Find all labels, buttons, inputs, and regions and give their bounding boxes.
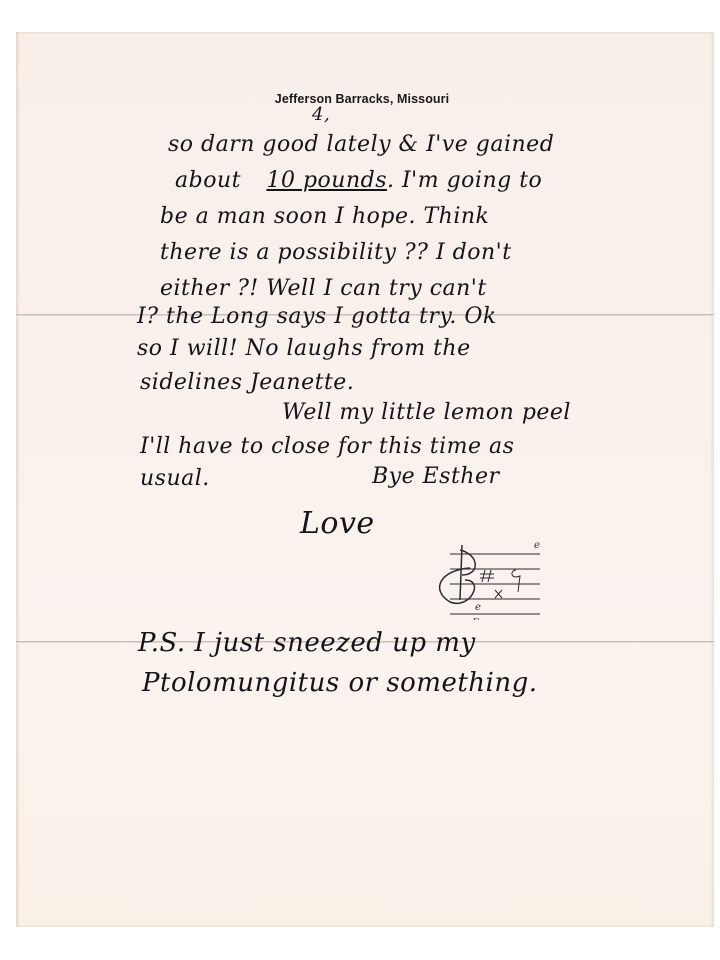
closing-love: Love: [300, 506, 375, 541]
letter-line-6: I? the Long says I gotta try. Ok: [137, 304, 497, 329]
line-2-start: about: [175, 168, 241, 193]
letter-line-1: so darn good lately & I've gained: [168, 132, 554, 157]
line-2-end: . I'm going to: [387, 168, 542, 193]
postscript-line-1: P.S. I just sneezed up my: [138, 628, 476, 658]
letter-page: [16, 32, 714, 927]
postscript-line-2: Ptolomungitus or something.: [142, 668, 538, 698]
letter-line-3: be a man soon I hope. Think: [160, 204, 489, 229]
letter-line-4: there is a possibility ?? I don't: [160, 240, 512, 265]
letter-line-7: so I will! No laughs from the: [137, 336, 471, 361]
svg-text:e: e: [475, 602, 481, 613]
underlined-weight: 10 pounds: [266, 168, 387, 193]
letter-line-11: usual.: [140, 466, 210, 491]
music-staff-doodle-icon: e e F: [430, 540, 550, 620]
svg-text:e: e: [534, 540, 540, 551]
letter-line-9: Well my little lemon peel: [282, 400, 571, 425]
letter-line-2: about 10 pounds. I'm going to: [175, 168, 542, 193]
page-number: 4,: [312, 104, 330, 125]
svg-text:F: F: [471, 618, 480, 620]
letter-line-10: I'll have to close for this time as: [140, 434, 514, 459]
letter-line-5: either ?! Well I can try can't: [160, 276, 487, 301]
letter-line-8: sidelines Jeanette.: [140, 370, 354, 395]
closing-bye: Bye Esther: [372, 464, 500, 489]
letterhead: Jefferson Barracks, Missouri: [252, 92, 472, 106]
